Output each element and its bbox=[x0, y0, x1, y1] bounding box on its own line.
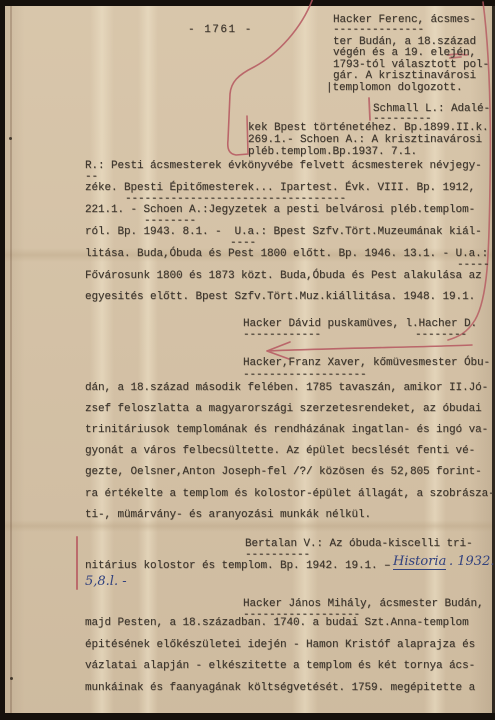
typed-line: Fővárosunk 1800 és 1873 közt. Buda,Óbuda… bbox=[85, 270, 482, 282]
typed-line: épitésének előkészületei idején - Hamon … bbox=[85, 639, 475, 651]
typed-line: zsef feloszlatta a magyarországi szerzet… bbox=[85, 403, 482, 415]
typed-line: vázlatai alapján - elkészitette a templo… bbox=[85, 660, 475, 672]
paper-crease-line bbox=[10, 0, 12, 720]
typed-line: gár. A krisztinavárosi bbox=[333, 70, 476, 82]
typed-line: majd Pesten, a 18.században. 1740. a bud… bbox=[85, 617, 469, 629]
paper-fold-band bbox=[0, 520, 495, 532]
typed-line: trinitáriusok templomának és rendházának… bbox=[85, 424, 488, 436]
typed-line: pléb.templom.Bp.1937. 7.1. bbox=[248, 146, 417, 158]
scan-edge-bottom bbox=[0, 713, 495, 720]
paper-speck bbox=[9, 137, 12, 140]
typed-line: nitárius kolostor és templom. Bp. 1942. … bbox=[85, 560, 391, 572]
typed-line: 269.1.- Schoen A.: A krisztinavárosi bbox=[248, 134, 482, 146]
typed-line: kek Bpest történetéhez. Bp.1899.II.k. bbox=[248, 122, 489, 134]
typed-line: végén és a 19. elején, bbox=[333, 47, 476, 59]
typed-line: gyonát a város felbecsültette. Az épület… bbox=[85, 445, 475, 457]
typed-line: ti-, mümárvány- és aranyozási munkák nél… bbox=[85, 509, 371, 521]
typed-line: dán, a 18.század második felében. 1785 t… bbox=[85, 382, 488, 394]
typed-line: gezte, Oelsner,Anton Joseph-fel /?/ közö… bbox=[85, 466, 482, 478]
scanned-document-page: - 1761 -Hacker Ferenc, ácsmes-----------… bbox=[0, 0, 495, 720]
typed-line: - 1761 - bbox=[188, 24, 253, 36]
handwritten-note: 5,8.l. - bbox=[85, 575, 127, 589]
typed-line: Hacker,Franz Xaver, kőmüvesmester Óbu- bbox=[243, 357, 490, 369]
typed-line: R.: Pesti ácsmesterek évkönyvébe felvett… bbox=[85, 160, 482, 172]
red-tick-schmall bbox=[369, 98, 370, 120]
typed-line: ------------------- bbox=[243, 369, 367, 381]
typed-line: -------------- bbox=[333, 24, 424, 36]
paper-fold-streak bbox=[90, 0, 114, 720]
typed-line: munkáinak és faanyagának költségvetését.… bbox=[85, 682, 475, 694]
paper-speck bbox=[10, 677, 13, 680]
typed-line: egyesités előtt. Bpest Szfv.Tört.Muz.kiá… bbox=[85, 291, 475, 303]
scan-edge-left bbox=[0, 0, 5, 720]
typed-line: -------- bbox=[415, 329, 467, 341]
paper-fold-streak bbox=[138, 0, 158, 720]
handwritten-note: . 1932. bbox=[449, 555, 494, 569]
handwritten-note: Historia bbox=[393, 555, 446, 570]
typed-line: |templomon dolgozott. bbox=[326, 82, 463, 94]
typed-line: litása. Buda,Óbuda és Pest 1800 előtt. B… bbox=[85, 248, 488, 260]
scan-edge-top bbox=[0, 0, 495, 6]
typed-line: ------------ bbox=[243, 329, 321, 341]
typed-line: ra értékelte a templom és kolostor-épüle… bbox=[85, 488, 495, 500]
typed-line: ról. Bp. 1943. 8.1. - U.a.: Bpest Szfv.T… bbox=[85, 226, 482, 238]
